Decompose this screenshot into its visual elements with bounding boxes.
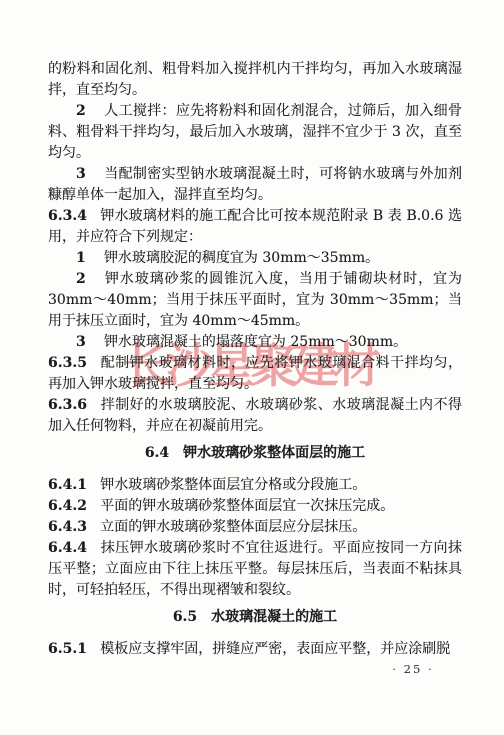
item-number: 3 bbox=[76, 166, 86, 182]
clause-text: 模板应支撑牢固，拼缝应严密，表面应平整，并应涂刷脱 bbox=[100, 641, 450, 657]
clause-number: 6.4.4 bbox=[48, 540, 87, 556]
item-number: 3 bbox=[76, 334, 86, 350]
item-number: 2 bbox=[76, 103, 86, 119]
clause-number: 6.3.5 bbox=[48, 355, 87, 371]
section-number: 6.4 bbox=[145, 445, 169, 461]
numbered-item: 3钾水玻璃混凝土的塌落度宜为 25mm～30mm。 bbox=[48, 332, 462, 353]
clause-number: 6.3.6 bbox=[48, 397, 87, 413]
clause-text: 钾水玻璃砂浆整体面层宜分格或分段施工。 bbox=[100, 477, 366, 493]
clause-number: 6.4.3 bbox=[48, 519, 87, 535]
section-title: 钾水玻璃砂浆整体面层的施工 bbox=[183, 445, 365, 461]
document-page: 长沙星聚建材 的粉料和固化剂、粗骨料加入搅拌机内干拌均匀，再加入水玻璃湿拌，直至… bbox=[0, 0, 504, 735]
section-title: 水玻璃混凝土的施工 bbox=[211, 609, 337, 625]
item-text: 钾水玻璃砂浆的圆锥沉入度，当用于铺砌块材时，宜为 30mm～40mm；当用于抹压… bbox=[48, 271, 462, 329]
item-number: 1 bbox=[76, 250, 86, 266]
numbered-item: 2人工搅拌：应先将粉料和固化剂混合，过筛后，加入细骨料、粗骨料干拌均匀，最后加入… bbox=[48, 101, 462, 164]
section-number: 6.5 bbox=[173, 609, 197, 625]
numbered-item: 2钾水玻璃砂浆的圆锥沉入度，当用于铺砌块材时，宜为 30mm～40mm；当用于抹… bbox=[48, 269, 462, 332]
paragraph-text: 的粉料和固化剂、粗骨料加入搅拌机内干拌均匀，再加入水玻璃湿拌，直至均匀。 bbox=[48, 61, 462, 98]
item-text: 钾水玻璃混凝土的塌落度宜为 25mm～30mm。 bbox=[104, 334, 407, 350]
clause-text: 立面的钾水玻璃砂浆整体面层应分层抹压。 bbox=[100, 519, 366, 535]
clause-paragraph: 6.3.6拌制好的水玻璃胶泥、水玻璃砂浆、水玻璃混凝土内不得加入任何物料，并应在… bbox=[48, 395, 462, 437]
clause-number: 6.5.1 bbox=[48, 641, 87, 657]
clause-paragraph: 6.4.3立面的钾水玻璃砂浆整体面层应分层抹压。 bbox=[48, 517, 462, 538]
page-number: · 25 · bbox=[384, 662, 442, 676]
clause-paragraph: 6.3.5配制钾水玻璃材料时，应先将钾水玻璃混合料干拌均匀，再加入钾水玻璃搅拌，… bbox=[48, 353, 462, 395]
clause-paragraph: 6.4.2平面的钾水玻璃砂浆整体面层宜一次抹压完成。 bbox=[48, 496, 462, 517]
clause-text: 抹压钾水玻璃砂浆时不宜往返进行。平面应按同一方向抹压平整；立面应由下往上抹压平整… bbox=[48, 540, 462, 598]
numbered-item: 3当配制密实型钠水玻璃混凝土时，可将钠水玻璃与外加剂糠醇单体一起加入，湿拌直至均… bbox=[48, 164, 462, 206]
clause-text: 平面的钾水玻璃砂浆整体面层宜一次抹压完成。 bbox=[100, 498, 394, 514]
clause-paragraph: 6.3.4钾水玻璃材料的施工配合比可按本规范附录 B 表 B.0.6 选用，并应… bbox=[48, 206, 462, 248]
paragraph-continuation: 的粉料和固化剂、粗骨料加入搅拌机内干拌均匀，再加入水玻璃湿拌，直至均匀。 bbox=[48, 59, 462, 101]
section-heading-6-4: 6.4钾水玻璃砂浆整体面层的施工 bbox=[48, 443, 462, 464]
clause-paragraph: 6.5.1模板应支撑牢固，拼缝应严密，表面应平整，并应涂刷脱 bbox=[48, 639, 462, 660]
item-number: 2 bbox=[76, 271, 86, 287]
clause-text: 钾水玻璃材料的施工配合比可按本规范附录 B 表 B.0.6 选用，并应符合下列规… bbox=[48, 208, 462, 245]
clause-paragraph: 6.4.4抹压钾水玻璃砂浆时不宜往返进行。平面应按同一方向抹压平整；立面应由下往… bbox=[48, 538, 462, 601]
item-text: 当配制密实型钠水玻璃混凝土时，可将钠水玻璃与外加剂糠醇单体一起加入，湿拌直至均匀… bbox=[48, 166, 462, 203]
clause-number: 6.4.1 bbox=[48, 477, 87, 493]
clause-paragraph: 6.4.1钾水玻璃砂浆整体面层宜分格或分段施工。 bbox=[48, 475, 462, 496]
item-text: 人工搅拌：应先将粉料和固化剂混合，过筛后，加入细骨料、粗骨料干拌均匀，最后加入水… bbox=[48, 103, 462, 161]
clause-text: 拌制好的水玻璃胶泥、水玻璃砂浆、水玻璃混凝土内不得加入任何物料，并应在初凝前用完… bbox=[48, 397, 462, 434]
clause-text: 配制钾水玻璃材料时，应先将钾水玻璃混合料干拌均匀，再加入钾水玻璃搅拌，直至均匀。 bbox=[48, 355, 462, 392]
item-text: 钾水玻璃胶泥的稠度宜为 30mm～35mm。 bbox=[104, 250, 379, 266]
clause-number: 6.3.4 bbox=[48, 208, 87, 224]
numbered-item: 1钾水玻璃胶泥的稠度宜为 30mm～35mm。 bbox=[48, 248, 462, 269]
clause-number: 6.4.2 bbox=[48, 498, 87, 514]
section-heading-6-5: 6.5水玻璃混凝土的施工 bbox=[48, 607, 462, 628]
page-content: 的粉料和固化剂、粗骨料加入搅拌机内干拌均匀，再加入水玻璃湿拌，直至均匀。 2人工… bbox=[48, 59, 462, 660]
